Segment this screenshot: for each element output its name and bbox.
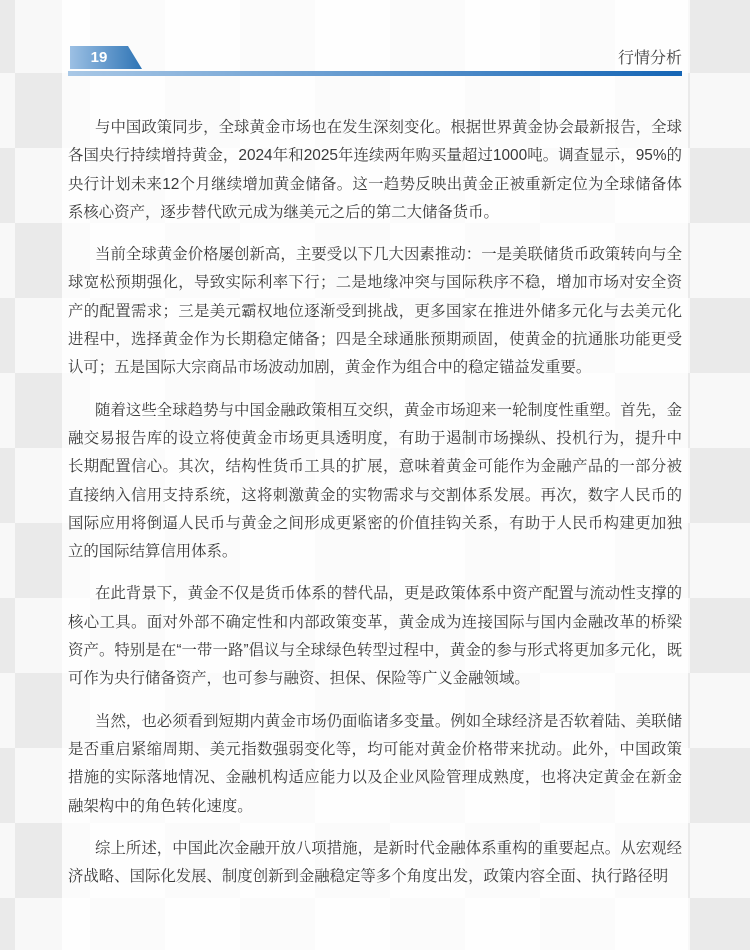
body-paragraph: 当前全球黄金价格屡创新高，主要受以下几大因素推动：一是美联储货币政策转向与全球宽… [68,241,682,382]
section-title: 行情分析 [618,49,682,69]
page-number-badge: 19 [70,46,142,69]
body-paragraph: 随着这些全球趋势与中国金融政策相互交织，黄金市场迎来一轮制度性重塑。首先，金融交… [68,397,682,567]
document-page: 19 行情分析 与中国政策同步，全球黄金市场也在发生深刻变化。根据世界黄金协会最… [62,0,688,950]
document-body: 与中国政策同步，全球黄金市场也在发生深刻变化。根据世界黄金协会最新报告，全球各国… [68,76,682,891]
page-header: 19 行情分析 [68,46,682,69]
body-paragraph: 在此背景下，黄金不仅是货币体系的替代品，更是政策体系中资产配置与流动性支撑的核心… [68,580,682,693]
body-paragraph: 综上所述，中国此次金融开放八项措施，是新时代金融体系重构的重要起点。从宏观经济战… [68,835,682,892]
body-paragraph: 与中国政策同步，全球黄金市场也在发生深刻变化。根据世界黄金协会最新报告，全球各国… [68,114,682,227]
body-paragraph: 当然，也必须看到短期内黄金市场仍面临诸多变量。例如全球经济是否软着陆、美联储是否… [68,708,682,821]
